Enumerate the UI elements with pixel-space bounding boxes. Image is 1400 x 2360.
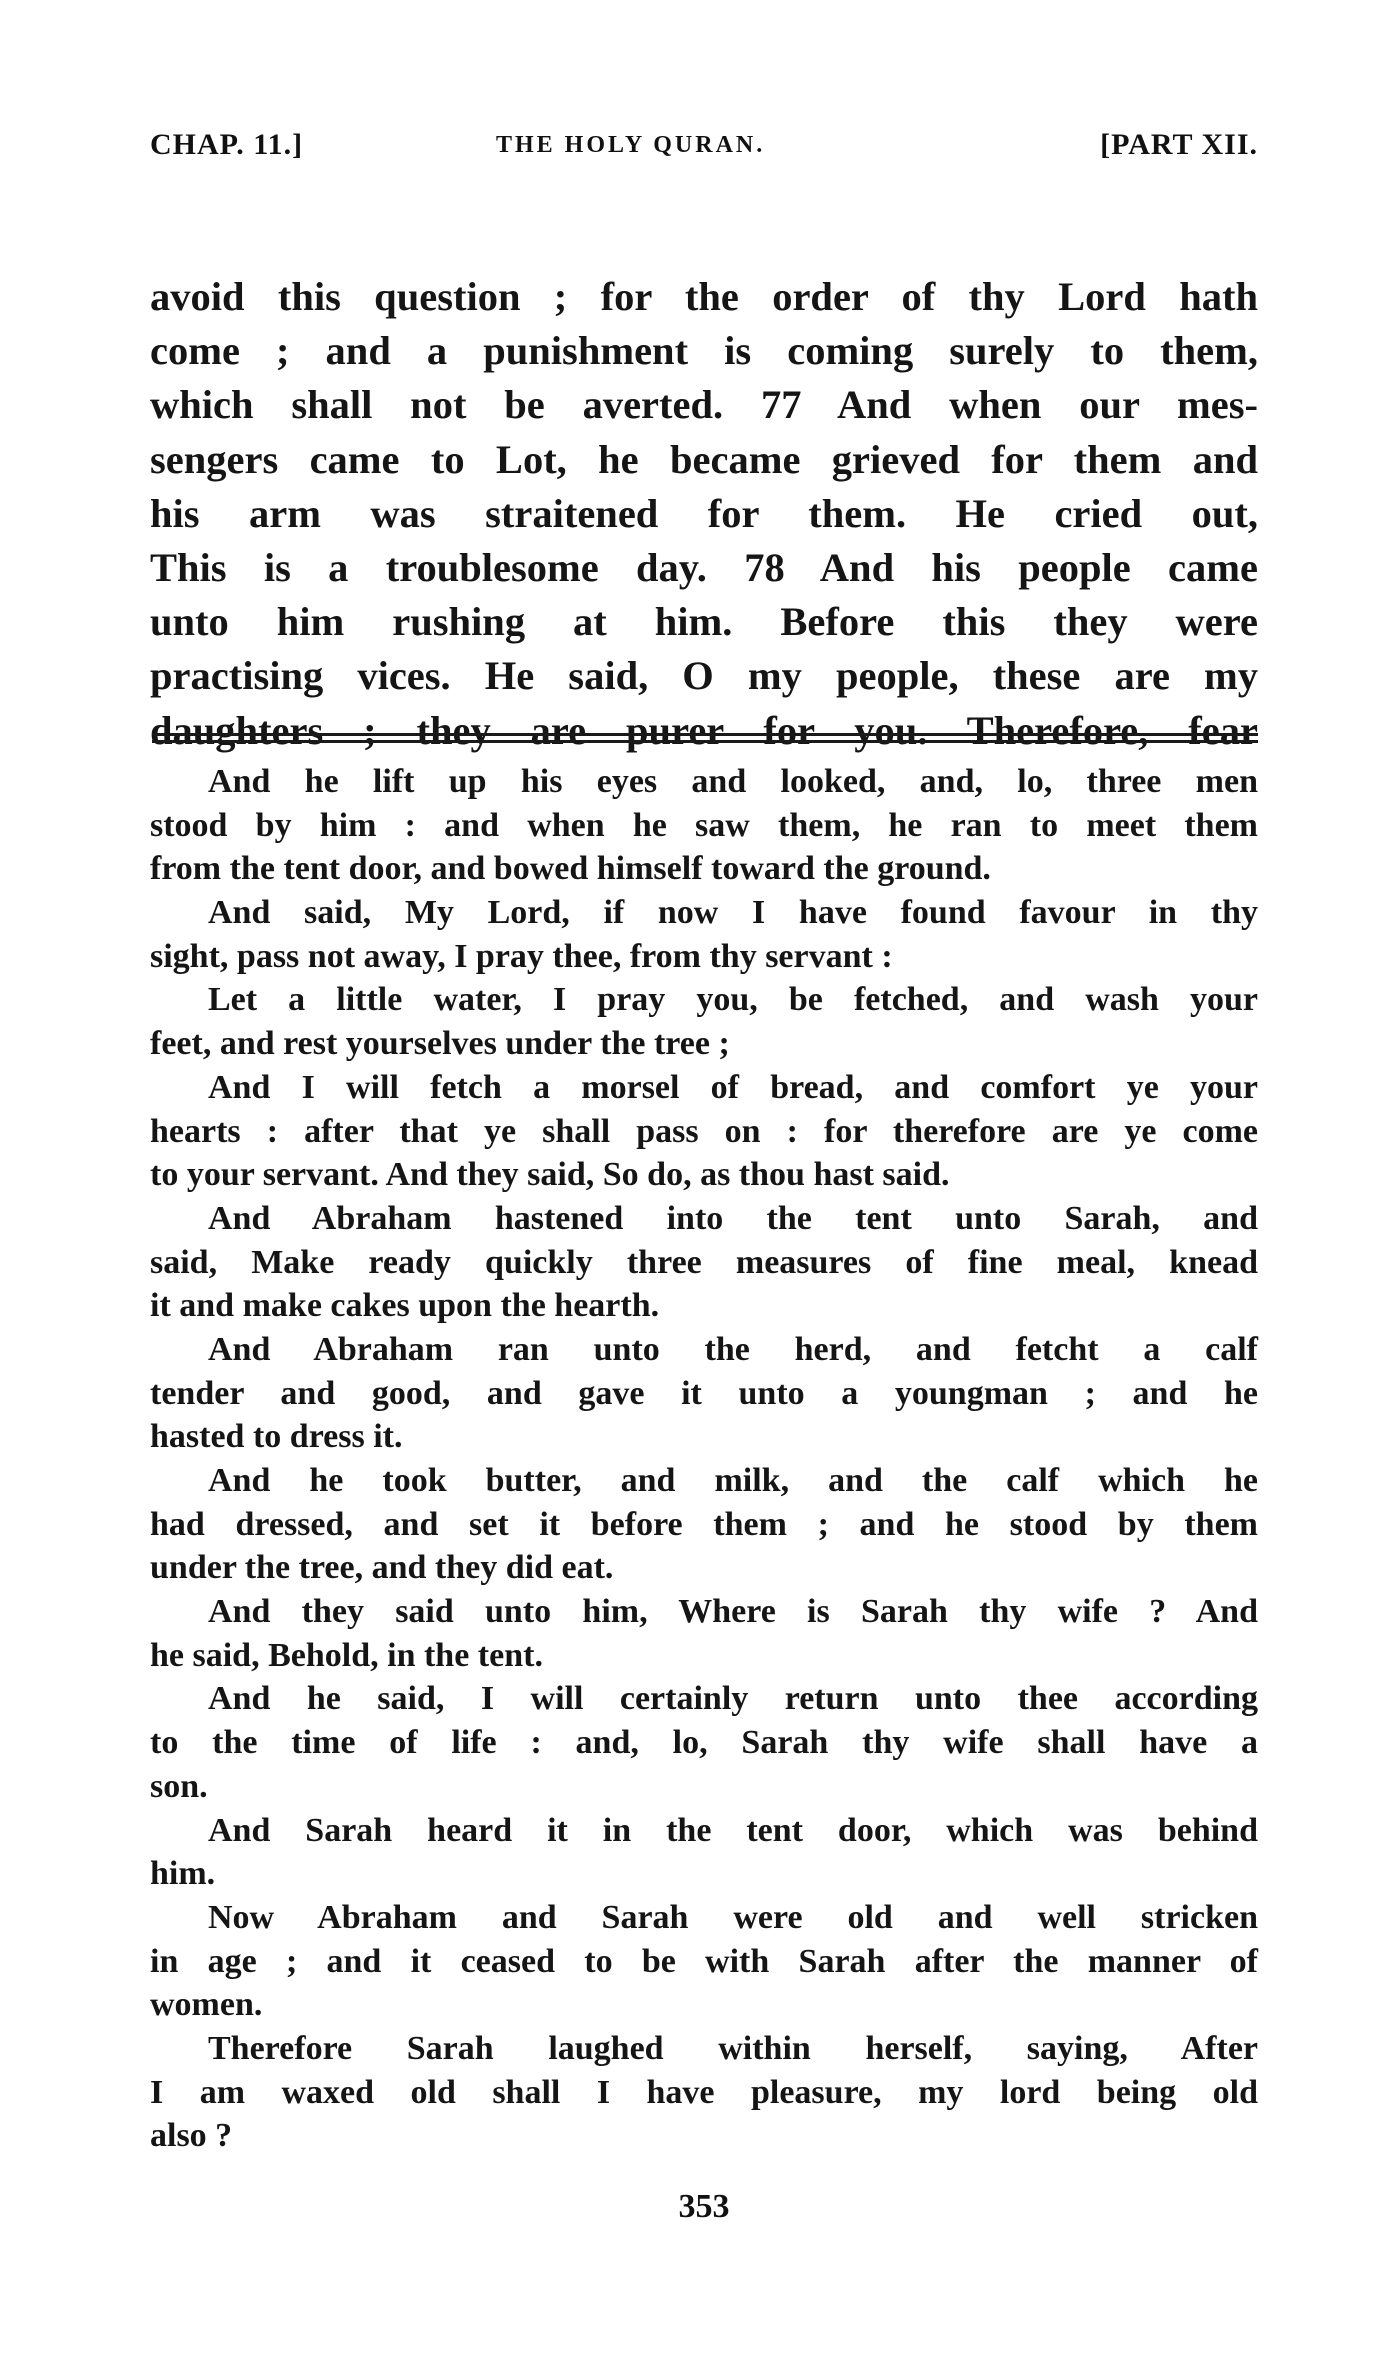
text-line: This is a troublesome day. 78 And his pe… xyxy=(150,541,1258,595)
text-line: daughters ; they are purer for you. Ther… xyxy=(150,704,1258,758)
text-line: sight, pass not away, I pray thee, from … xyxy=(150,935,1258,979)
running-head: CHAP. 11.] THE HOLY QURAN. [PART XII. xyxy=(150,128,1258,168)
page-number: 353 xyxy=(150,2188,1258,2226)
text-line: tender and good, and gave it unto a youn… xyxy=(150,1372,1258,1416)
text-line: son. xyxy=(150,1765,1258,1809)
text-line: And said, My Lord, if now I have found f… xyxy=(150,891,1258,935)
rule-line-bottom xyxy=(152,740,1258,743)
text-line: Now Abraham and Sarah were old and well … xyxy=(150,1896,1258,1940)
text-line: to your servant. And they said, So do, a… xyxy=(150,1153,1258,1197)
text-line: come ; and a punishment is coming surely… xyxy=(150,324,1258,378)
text-line: Let a little water, I pray you, be fetch… xyxy=(150,978,1258,1022)
text-line: his arm was straitened for them. He crie… xyxy=(150,487,1258,541)
text-line: And he said, I will certainly return unt… xyxy=(150,1677,1258,1721)
text-line: from the tent door, and bowed himself to… xyxy=(150,847,1258,891)
text-line: And Abraham hastened into the tent unto … xyxy=(150,1197,1258,1241)
text-line: And Sarah heard it in the tent door, whi… xyxy=(150,1809,1258,1853)
text-line: women. xyxy=(150,1983,1258,2027)
chapter-label: CHAP. 11.] xyxy=(150,128,303,162)
part-label: [PART XII. xyxy=(1100,128,1258,162)
text-line: I am waxed old shall I have pleasure, my… xyxy=(150,2071,1258,2115)
text-line: sengers came to Lot, he became grieved f… xyxy=(150,433,1258,487)
text-line: which shall not be averted. 77 And when … xyxy=(150,378,1258,432)
text-line: stood by him : and when he saw them, he … xyxy=(150,804,1258,848)
text-line: avoid this question ; for the order of t… xyxy=(150,270,1258,324)
text-line: Therefore Sarah laughed within herself, … xyxy=(150,2027,1258,2071)
quoted-passage: And he lift up his eyes and looked, and,… xyxy=(150,760,1258,2158)
text-line: feet, and rest yourselves under the tree… xyxy=(150,1022,1258,1066)
text-line: unto him rushing at him. Before this the… xyxy=(150,595,1258,649)
text-line: also ? xyxy=(150,2114,1258,2158)
text-line: And he lift up his eyes and looked, and,… xyxy=(150,760,1258,804)
text-line: And they said unto him, Where is Sarah t… xyxy=(150,1590,1258,1634)
text-line: practising vices. He said, O my people, … xyxy=(150,649,1258,703)
text-line: in age ; and it ceased to be with Sarah … xyxy=(150,1940,1258,1984)
text-line: said, Make ready quickly three measures … xyxy=(150,1241,1258,1285)
text-line: And he took butter, and milk, and the ca… xyxy=(150,1459,1258,1503)
book-title: THE HOLY QURAN. xyxy=(496,132,765,159)
double-rule-divider xyxy=(152,733,1258,744)
text-line: And Abraham ran unto the herd, and fetch… xyxy=(150,1328,1258,1372)
text-line: hasted to dress it. xyxy=(150,1415,1258,1459)
text-line: And I will fetch a morsel of bread, and … xyxy=(150,1066,1258,1110)
text-line: hearts : after that ye shall pass on : f… xyxy=(150,1110,1258,1154)
text-line: under the tree, and they did eat. xyxy=(150,1546,1258,1590)
text-line: to the time of life : and, lo, Sarah thy… xyxy=(150,1721,1258,1765)
text-line: had dressed, and set it before them ; an… xyxy=(150,1503,1258,1547)
main-translation-text: avoid this question ; for the order of t… xyxy=(150,270,1258,758)
text-line: him. xyxy=(150,1852,1258,1896)
text-line: he said, Behold, in the tent. xyxy=(150,1634,1258,1678)
text-line: it and make cakes upon the hearth. xyxy=(150,1284,1258,1328)
rule-line-top xyxy=(152,733,1258,736)
